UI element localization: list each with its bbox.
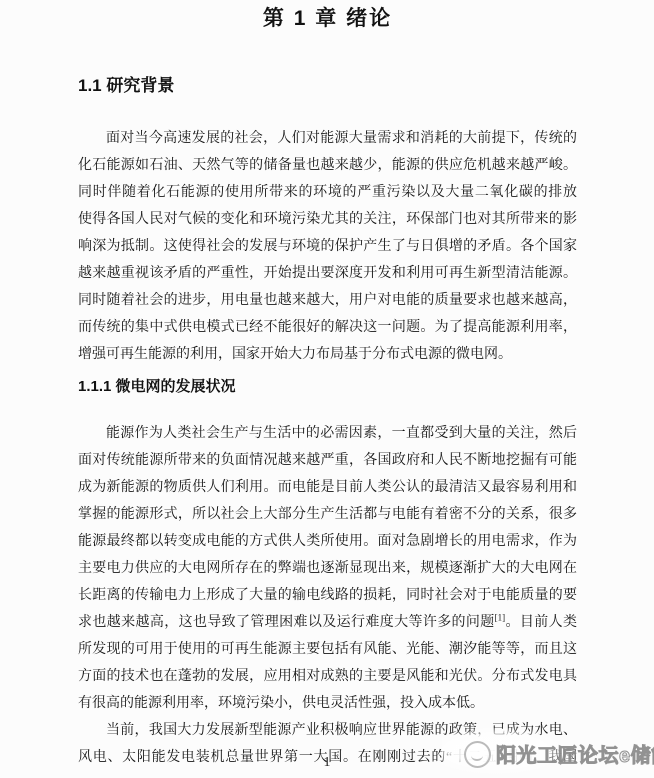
section-heading-1-1: 1.1 研究背景 [78, 75, 577, 97]
text-line: 同时伴随着化石能源的使用所带来的环境的严重污染以及大量二氧化碳的排放 [78, 179, 577, 206]
text-line-with-citation: 求也越来越高，这也导致了管理困难以及运行难度大等许多的问题[1]。目前人类 [78, 609, 577, 636]
text-line: 成为新能源的物质供人们利用。而电能是目前人类公认的最清洁又最容易利用和 [78, 474, 577, 501]
text-line: 响深为抵制。这使得社会的发展与环境的保护产生了与日俱增的矛盾。各个国家 [78, 233, 577, 260]
text-line: 而传统的集中式供电模式已经不能很好的解决这一问题。为了提高能源利用率， [78, 314, 577, 341]
document-page: 第 1 章 绪论 1.1 研究背景 面对当今高速发展的社会，人们对能源大量需求和… [0, 0, 654, 778]
text-segment: 。目前人类 [505, 615, 577, 630]
paragraph-microgrid-development: 能源作为人类社会生产与生活中的必需因素，一直都受到大量的关注，然后 面对传统能源… [78, 420, 577, 717]
text-segment: 求也越来越高，这也导致了管理困难以及运行难度大等许多的问题 [78, 615, 495, 630]
citation-ref-1: [1] [495, 612, 506, 622]
text-line: 掌握的能源形式，所以社会上大部分生产生活都与电能有着密不分的关系，很多 [78, 501, 577, 528]
page-content: 第 1 章 绪论 1.1 研究背景 面对当今高速发展的社会，人们对能源大量需求和… [0, 0, 654, 771]
text-line: 面对传统能源所带来的负面情况越来越严重，各国政府和人民不断地挖掘有可能 [78, 447, 577, 474]
text-line: 有很高的能源利用率，环境污染小，供电灵活性强，投入成本低。 [78, 690, 577, 717]
text-line: 所发现的可用于使用的可再生能源主要包括有风能、光能、潮汐能等等，而且这 [78, 636, 577, 663]
paragraph-research-background: 面对当今高速发展的社会，人们对能源大量需求和消耗的大前提下，传统的 化石能源如石… [78, 125, 577, 368]
text-line: 越来越重视该矛盾的严重性，开始提出要深度开发和利用可再生新型清洁能源。 [78, 260, 577, 287]
text-line: 增强可再生能源的利用，国家开始大力布局基于分布式电源的微电网。 [78, 341, 577, 368]
text-line: 同时随着社会的进步，用电量也越来越大，用户对电能的质量要求也越来越高， [78, 287, 577, 314]
page-number: 1 [0, 753, 654, 773]
text-line: 主要电力供应的大电网所存在的弊端也逐渐显现出来，规模逐渐扩大的大电网在 [78, 555, 577, 582]
chapter-title: 第 1 章 绪论 [78, 0, 577, 33]
text-line: 能源最终都以转变成电能的方式供人类所使用。面对急剧增长的用电需求，作为 [78, 528, 577, 555]
text-line: 使得各国人民对气候的变化和环境污染尤其的关注，环保部门也对其所带来的影 [78, 206, 577, 233]
text-line: 面对当今高速发展的社会，人们对能源大量需求和消耗的大前提下，传统的 [78, 125, 577, 152]
section-heading-1-1-1: 1.1.1 微电网的发展状况 [78, 376, 577, 397]
text-line: 长距离的传输电力上形成了大量的输电线路的损耗，同时社会对于电能质量的要 [78, 582, 577, 609]
text-line: 当前，我国大力发展新型能源产业积极响应世界能源的政策，已成为水电、 [78, 717, 577, 744]
text-line: 化石能源如石油、天然气等的储备量也越来越少，能源的供应危机越来越严峻。 [78, 152, 577, 179]
text-line: 能源作为人类社会生产与生活中的必需因素，一直都受到大量的关注，然后 [78, 420, 577, 447]
text-line: 方面的技术也在蓬勃的发展，应用相对成熟的主要是风能和光伏。分布式发电具 [78, 663, 577, 690]
